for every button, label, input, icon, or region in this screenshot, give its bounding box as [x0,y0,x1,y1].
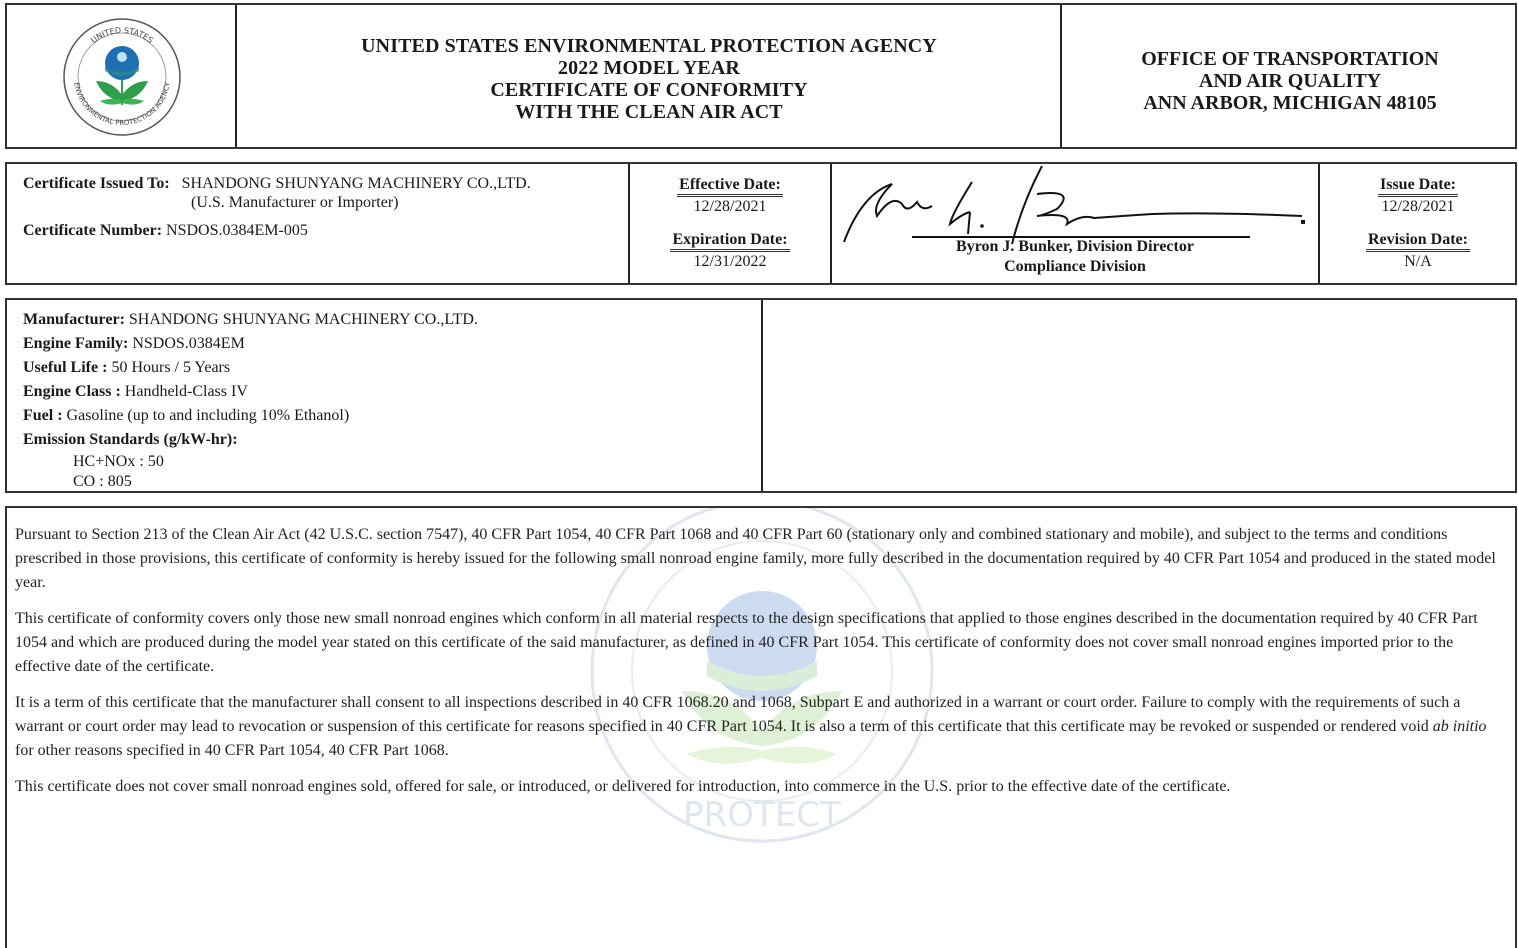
emission-standards-row: Emission Standards (g/kW-hr): [23,428,478,452]
effective-date-value: 12/28/2021 [630,197,830,216]
revision-date-label: Revision Date: [1366,230,1470,252]
title-line-agency: UNITED STATES ENVIRONMENTAL PROTECTION A… [239,35,1059,57]
engine-family-row: Engine Family: NSDOS.0384EM [23,332,478,356]
revision-date-value: N/A [1320,252,1516,271]
issued-to-value: SHANDONG SHUNYANG MACHINERY CO.,LTD. [182,175,531,192]
expiration-date-value: 12/31/2022 [630,252,830,271]
epa-seal-icon: UNITED STATES ENVIRONMENTAL PROTECTION A… [60,15,184,139]
divider [1060,5,1062,147]
signatory-division: Compliance Division [832,257,1318,277]
certificate-number-label: Certificate Number: [23,222,162,239]
legal-terms: PROTECT Pursuant to Section 213 of the C… [5,506,1517,948]
legal-paragraph-exclusion: This certificate does not cover small no… [15,775,1505,799]
certificate-title: UNITED STATES ENVIRONMENTAL PROTECTION A… [239,35,1059,123]
divider [235,5,237,147]
issue-date-value: 12/28/2021 [1320,197,1516,216]
office-line-2: AND AIR QUALITY [1064,70,1516,92]
emission-co: CO : 805 [23,472,478,492]
engine-class-row: Engine Class : Handheld-Class IV [23,380,478,404]
certificate-info-row: Certificate Issued To: SHANDONG SHUNYANG… [5,162,1517,285]
issued-to-subtitle: (U.S. Manufacturer or Importer) [191,193,398,213]
issue-dates: Issue Date: 12/28/2021 Revision Date: N/… [1320,175,1516,271]
signature-block: Byron J. Bunker, Division Director Compl… [832,164,1318,283]
legal-paragraph-coverage: This certificate of conformity covers on… [15,607,1505,679]
office-line-3: ANN ARBOR, MICHIGAN 48105 [1064,92,1516,114]
office-line-1: OFFICE OF TRANSPORTATION [1064,48,1516,70]
legal-text: Pursuant to Section 213 of the Clean Air… [15,523,1505,811]
legal-paragraph-inspections: It is a term of this certificate that th… [15,691,1505,763]
fuel-row: Fuel : Gasoline (up to and including 10%… [23,404,478,428]
certificate-number-value: NSDOS.0384EM-005 [166,222,308,239]
issue-date-label: Issue Date: [1378,175,1458,197]
issued-to: Certificate Issued To: SHANDONG SHUNYANG… [23,174,531,194]
certificate-header: UNITED STATES ENVIRONMENTAL PROTECTION A… [5,3,1517,149]
emission-hc-nox: HC+NOx : 50 [23,452,478,472]
manufacturer-row: Manufacturer: SHANDONG SHUNYANG MACHINER… [23,308,478,332]
engine-details-list: Manufacturer: SHANDONG SHUNYANG MACHINER… [23,308,478,492]
useful-life-row: Useful Life : 50 Hours / 5 Years [23,356,478,380]
signatory-name: Byron J. Bunker, Division Director [832,237,1318,257]
title-line-act: WITH THE CLEAN AIR ACT [239,101,1059,123]
divider [761,300,763,491]
engine-details: Manufacturer: SHANDONG SHUNYANG MACHINER… [5,298,1517,493]
title-line-certificate: CERTIFICATE OF CONFORMITY [239,79,1059,101]
certificate-number: Certificate Number: NSDOS.0384EM-005 [23,221,308,241]
issued-to-label: Certificate Issued To: [23,175,170,192]
office-address: OFFICE OF TRANSPORTATION AND AIR QUALITY… [1064,48,1516,114]
logo-cell: UNITED STATES ENVIRONMENTAL PROTECTION A… [7,5,235,147]
validity-dates: Effective Date: 12/28/2021 Expiration Da… [630,175,830,271]
effective-date-label: Effective Date: [677,175,783,197]
expiration-date-label: Expiration Date: [670,230,789,252]
signatory: Byron J. Bunker, Division Director Compl… [832,237,1318,277]
legal-paragraph-authority: Pursuant to Section 213 of the Clean Air… [15,523,1505,595]
title-line-model-year: 2022 MODEL YEAR [239,57,1059,79]
